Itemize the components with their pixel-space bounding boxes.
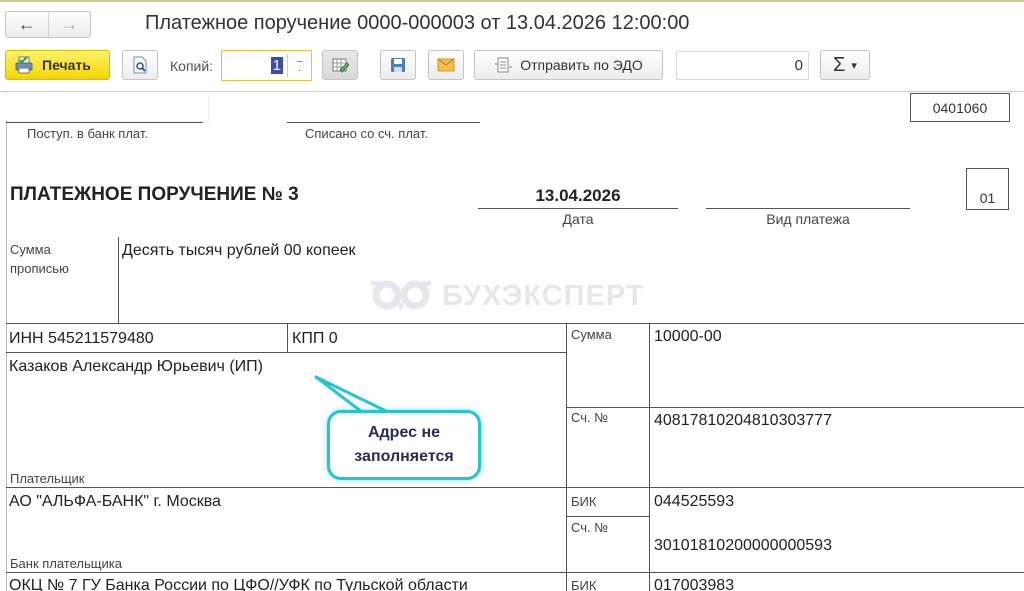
save-button[interactable]: [380, 50, 416, 80]
owl-logo-icon: [370, 279, 432, 313]
payer-bank-bik: 044525593: [654, 493, 734, 511]
payer-bank-corr-account: 30101810200000000593: [654, 537, 832, 555]
row-line-account: [566, 407, 1024, 408]
debited-line: [287, 122, 480, 123]
status-code-box: 01: [966, 168, 1009, 210]
payer-bank-name: АО "АЛЬФА-БАНК" г. Москва: [9, 493, 221, 511]
date-value: 13.04.2026: [478, 186, 678, 206]
copies-input[interactable]: 1 ‒ ·: [221, 50, 312, 81]
back-button[interactable]: ←: [6, 12, 48, 37]
row-line-inn: [6, 323, 1024, 324]
preview-icon: [131, 56, 149, 74]
payer-inn: ИНН 545211579480: [9, 330, 154, 348]
amount-value: 10000-00: [654, 328, 722, 346]
annotation-callout: Адрес не заполняется: [327, 410, 481, 480]
row-line-payer: [6, 352, 566, 353]
watermark: БУХЭКСПЕРТ: [370, 279, 645, 313]
payer-account-label: Сч. №: [571, 410, 608, 425]
copies-label: Копий:: [170, 58, 213, 74]
copies-value: 1: [271, 57, 283, 74]
sigma-icon: Σ: [833, 54, 845, 77]
row-line-bank: [6, 487, 1024, 488]
window-title: Платежное поручение 0000-000003 от 13.04…: [145, 12, 689, 35]
row-line-payee-bank: [6, 572, 1024, 573]
payment-type-line: [706, 208, 910, 209]
sum-mode-button[interactable]: Σ ▾: [820, 50, 870, 80]
status-code: 01: [980, 190, 996, 206]
navigation-buttons: ← →: [5, 11, 91, 38]
payer-bank-label: Банк плательщика: [10, 556, 122, 571]
payer-account: 40817810204810303777: [654, 412, 832, 430]
step-down-icon[interactable]: ·: [298, 66, 301, 75]
form-code-box: 0401060: [910, 93, 1010, 122]
corr-account-label: Сч. №: [571, 520, 608, 535]
payment-type-label: Вид платежа: [706, 211, 910, 227]
amount-label: Сумма: [571, 327, 612, 342]
form-code: 0401060: [933, 100, 988, 116]
sum-field[interactable]: 0: [676, 51, 809, 80]
callout-line2: заполняется: [354, 445, 453, 469]
payer-kpp: КПП 0: [292, 330, 338, 348]
arrow-right-icon: →: [60, 14, 78, 35]
label-column-right: [649, 323, 650, 591]
floppy-disk-icon: [390, 57, 406, 73]
amount-words: Десять тысяч рублей 00 копеек: [122, 242, 356, 260]
row-line-bik-account: [566, 516, 649, 517]
table-edit-icon: [331, 56, 349, 74]
preview-button[interactable]: [122, 50, 158, 80]
received-line: [6, 122, 203, 123]
forward-button[interactable]: →: [48, 12, 91, 37]
date-line: [478, 208, 678, 209]
inn-kpp-divider: [287, 323, 288, 352]
envelope-icon: [437, 58, 455, 72]
debited-label: Списано со сч. плат.: [305, 126, 428, 141]
document-exchange-icon: [494, 56, 512, 74]
chevron-down-icon: ▾: [851, 59, 857, 72]
amount-words-label-line2: прописью: [10, 259, 69, 278]
payee-bank-bik-label: БИК: [571, 578, 596, 591]
send-edo-button[interactable]: Отправить по ЭДО: [474, 50, 663, 80]
arrow-left-icon: ←: [18, 14, 36, 35]
send-edo-label: Отправить по ЭДО: [520, 57, 643, 73]
document-title: ПЛАТЕЖНОЕ ПОРУЧЕНИЕ № 3: [10, 184, 299, 206]
watermark-text: БУХЭКСПЕРТ: [442, 280, 645, 313]
print-button-label: Печать: [42, 57, 91, 73]
email-button[interactable]: [428, 50, 464, 80]
payer-name: Казаков Александр Юрьевич (ИП): [9, 358, 263, 376]
amount-words-label-line1: Сумма: [10, 240, 69, 259]
copies-stepper[interactable]: ‒ ·: [287, 54, 311, 77]
received-date-field: [6, 93, 208, 121]
received-label: Поступ. в банк плат.: [27, 126, 148, 141]
edit-table-button[interactable]: [322, 50, 358, 80]
print-button[interactable]: Печать: [5, 50, 110, 80]
amount-words-label: Сумма прописью: [10, 240, 69, 278]
payer-bank-bik-label: БИК: [571, 494, 596, 509]
window-top-border: [0, 0, 1024, 2]
amount-words-divider: [118, 237, 119, 323]
payer-label: Плательщик: [10, 471, 84, 486]
payee-bank-name: ОКЦ № 7 ГУ Банка России по ЦФО//УФК по Т…: [9, 577, 468, 591]
document-left-border: [6, 92, 7, 591]
label-column-left: [566, 323, 567, 591]
payee-bank-bik: 017003983: [654, 577, 734, 591]
callout-line1: Адрес не: [354, 421, 453, 445]
printer-icon: [14, 55, 34, 75]
date-label: Дата: [478, 211, 678, 227]
